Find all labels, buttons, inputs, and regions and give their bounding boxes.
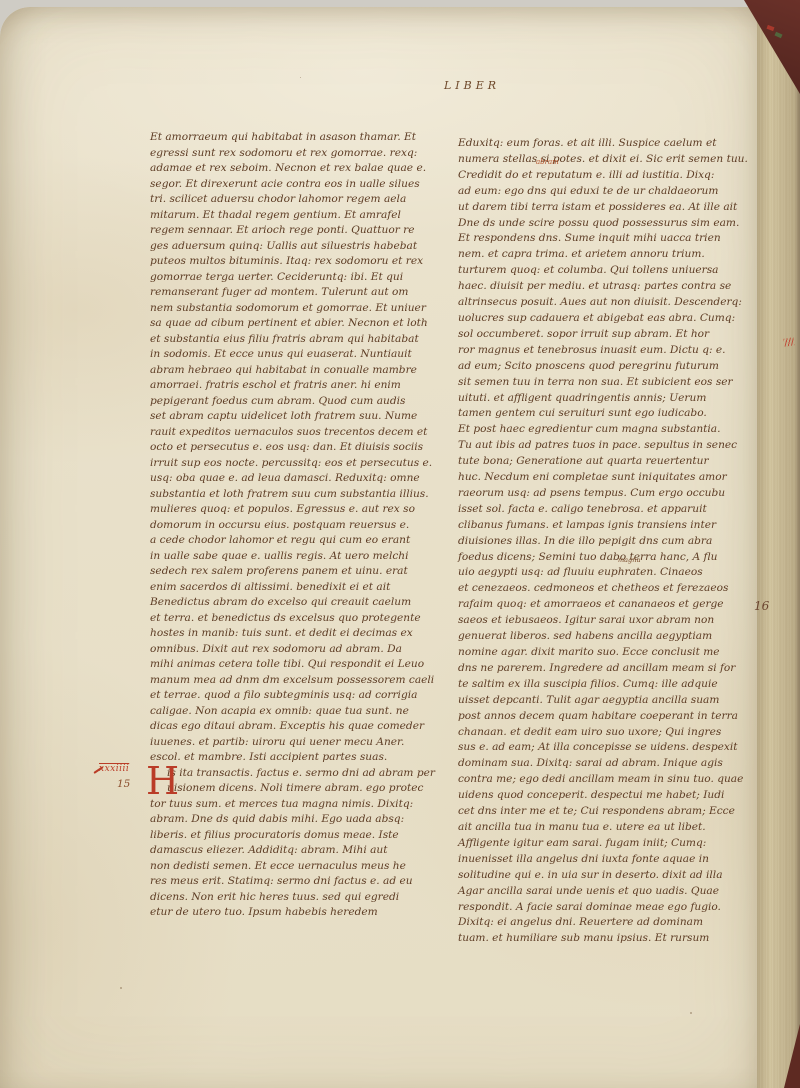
text-line: dominam sua. Dixitq: sarai ad abram. Ini… [458, 756, 774, 772]
parchment-speckle [120, 987, 122, 989]
text-line: uio aegypti usq: ad fluuiu euphraten. Ci… [458, 565, 774, 581]
text-line: nomine agar. dixit marito suo. Ecce conc… [458, 645, 774, 661]
text-line: amorraei. fratris eschol et fratris aner… [150, 378, 466, 394]
text-line: egressi sunt rex sodomoru et rex gomorra… [150, 146, 466, 162]
text-line: uisset depcanti. Tulit agar aegyptia anc… [458, 693, 774, 709]
text-line: tute bona; Generatione aut quarta reuert… [458, 454, 774, 470]
text-line: adamae et rex seboim. Necnon et rex bala… [150, 161, 466, 177]
text-line: Credidit do et reputatum e. illi ad iust… [458, 168, 774, 184]
text-line: post annos decem quam habitare coeperant… [458, 709, 774, 725]
text-line: ait ancilla tua in manu tua e. utere ea … [458, 820, 774, 836]
text-line: Et post haec egredientur cum magna subst… [458, 422, 774, 438]
text-line: et terra. et benedictus ds excelsus quo … [150, 611, 466, 627]
text-line: abram. Dne ds quid dabis mihi. Ego uada … [150, 812, 466, 828]
text-line: ror magnus et tenebrosus inuasit eum. Di… [458, 343, 774, 359]
text-line: sus e. ad eam; At illa concepisse se uid… [458, 740, 774, 756]
text-line: dicas ego ditaui abram. Exceptis his qua… [150, 719, 466, 735]
text-line: non dedisti semen. Et ecce uernaculus me… [150, 859, 466, 875]
text-line: ut darem tibi terra istam et possideres … [458, 200, 774, 216]
text-line: pepigerant foedus cum abram. Quod cum au… [150, 394, 466, 410]
text-line: tor tuus sum. et merces tua magna nimis.… [150, 797, 466, 813]
text-line: et cenezaeos. cedmoneos et chetheos et f… [458, 581, 774, 597]
text-line: foedus dicens; Semini tuo dabo terra han… [458, 550, 774, 566]
text-line: escol. et mambre. Isti accipient partes … [150, 750, 466, 766]
text-line: Eduxitq: eum foras. et ait illi. Suspice… [458, 136, 774, 152]
text-line: dns ne parerem. Ingredere ad ancillam me… [458, 661, 774, 677]
text-line: nem. et capra trima. et arietem annoru t… [458, 247, 774, 263]
chapter-marginal-numeral: xxxiiii [99, 764, 129, 774]
text-line: damascus eliezer. Addiditq: abram. Mihi … [150, 843, 466, 859]
text-line: ges aduersum quinq: Uallis aut siluestri… [150, 239, 466, 255]
text-column-left: Et amorraeum qui habitabat in asason tha… [150, 130, 466, 921]
text-line: chanaan. et dedit eam uiro suo uxore; Qu… [458, 725, 774, 741]
text-line: sit semen tuu in terra non sua. Et subic… [458, 375, 774, 391]
text-line: uolucres sup cadauera et abigebat eas ab… [458, 311, 774, 327]
rubricated-initial-h: H [146, 763, 179, 799]
text-line: Affligente igitur eam sarai. fugam iniit… [458, 836, 774, 852]
text-line: liberis. et filius procuratoris domus me… [150, 828, 466, 844]
text-line: genuerat liberos. sed habens ancilla aeg… [458, 629, 774, 645]
text-column-right: Eduxitq: eum foras. et ait illi. Suspice… [458, 136, 774, 947]
manuscript-photo: LIBER Et amorraeum qui habitabat in asas… [0, 0, 800, 1088]
text-line: domorum in occursu eius. postquam reuers… [150, 518, 466, 534]
text-line: huc. Necdum eni completae sunt iniquitat… [458, 470, 774, 486]
interlinear-gloss-abram: abram [536, 158, 559, 166]
text-line: contra me; ego dedi ancillam meam in sin… [458, 772, 774, 788]
text-line: tamen gentem cui seruituri sunt ego iudi… [458, 406, 774, 422]
text-line: irruit sup eos nocte. percussitq: eos et… [150, 456, 466, 472]
parchment-speckle [690, 1012, 692, 1014]
text-line: set abram captu uidelicet loth fratrem s… [150, 409, 466, 425]
text-line: remanserant fuger ad montem. Tulerunt au… [150, 285, 466, 301]
text-line: sa quae ad cibum pertinent et abier. Nec… [150, 316, 466, 332]
text-line: in sodomis. Et ecce unus qui euaserat. N… [150, 347, 466, 363]
running-title: LIBER [444, 79, 500, 92]
text-line: cet dns inter me et te; Cui respondens a… [458, 804, 774, 820]
text-line: inuenisset illa angelus dni iuxta fonte … [458, 852, 774, 868]
fore-edge-rubric-mark [783, 337, 794, 347]
text-line: puteos multos bituminis. Itaq: rex sodom… [150, 254, 466, 270]
text-line: saeos et iebusaeos. Igitur sarai uxor ab… [458, 613, 774, 629]
text-line: etur de utero tuo. Ipsum habebis heredem [150, 905, 466, 921]
text-line: altrinsecus posuit. Aues aut non diuisit… [458, 295, 774, 311]
manuscript-page: LIBER Et amorraeum qui habitabat in asas… [0, 7, 757, 1088]
text-line: mulieres quoq: et populos. Egressus e. a… [150, 502, 466, 518]
text-line: octo et persecutus e. eos usq: dan. Et d… [150, 440, 466, 456]
text-line: Et amorraeum qui habitabat in asason tha… [150, 130, 466, 146]
text-line: isset sol. facta e. caligo tenebrosa. et… [458, 502, 774, 518]
text-line: res meus erit. Statimq: sermo dni factus… [150, 874, 466, 890]
text-line: clibanus fumans. et lampas ignis transie… [458, 518, 774, 534]
text-line: et substantia eius filiu fratris abram q… [150, 332, 466, 348]
text-line: regem sennaar. Et arioch rege ponti. Qua… [150, 223, 466, 239]
text-line: sedech rex salem proferens panem et uinu… [150, 564, 466, 580]
text-line: a cede chodor lahomor et regu qui cum eo… [150, 533, 466, 549]
text-line: substantia et loth fratrem suu cum subst… [150, 487, 466, 503]
text-line: numera stellas si potes. et dixit ei. Si… [458, 152, 774, 168]
interlinear-gloss-magnum: magnu [618, 556, 641, 564]
text-line: tuam. et humiliare sub manu ipsius. Et r… [458, 931, 774, 947]
text-line: Dne ds unde scire possu quod possessurus… [458, 216, 774, 232]
text-line: uisionem dicens. Noli timere abram. ego … [150, 781, 466, 797]
text-line: is ita transactis. factus e. sermo dni a… [150, 766, 466, 782]
text-line: turturem quoq: et columba. Qui tollens u… [458, 263, 774, 279]
text-line: ad eum: ego dns qui eduxi te de ur chald… [458, 184, 774, 200]
text-line: rauit expeditos uernaculos suos trecento… [150, 425, 466, 441]
text-line: Benedictus abram do excelso qui creauit … [150, 595, 466, 611]
text-line: uituti. et affligent quadringentis annis… [458, 391, 774, 407]
text-line: uidens quod conceperit. despectui me hab… [458, 788, 774, 804]
text-line: manum mea ad dnm dm excelsum possessorem… [150, 673, 466, 689]
text-line: Tu aut ibis ad patres tuos in pace. sepu… [458, 438, 774, 454]
parchment-speckle [300, 77, 301, 78]
text-line: raeorum usq: ad psens tempus. Cum ergo o… [458, 486, 774, 502]
text-line: dicens. Non erit hic heres tuus. sed qui… [150, 890, 466, 906]
text-line: Dixitq: ei angelus dni. Reuertere ad dom… [458, 915, 774, 931]
text-line: et terrae. quod a filo subtegminis usq: … [150, 688, 466, 704]
text-line: segor. Et direxerunt acie contra eos in … [150, 177, 466, 193]
text-line: omnibus. Dixit aut rex sodomoru ad abram… [150, 642, 466, 658]
margin-chapter-number-16: 16 [754, 599, 769, 613]
text-line: diuisiones illas. In die illo pepigit dn… [458, 534, 774, 550]
text-line: solitudine qui e. in uia sur in deserto.… [458, 868, 774, 884]
text-line: rafaim quoq: et amorraeos et cananaeos e… [458, 597, 774, 613]
text-line: usq: oba quae e. ad leua damasci. Reduxi… [150, 471, 466, 487]
text-line: Agar ancilla sarai unde uenis et quo uad… [458, 884, 774, 900]
text-line: mitarum. Et thadal regem gentium. Et amr… [150, 208, 466, 224]
text-line: in ualle sabe quae e. uallis regis. At u… [150, 549, 466, 565]
text-line: iuuenes. et partib: uiroru qui uener mec… [150, 735, 466, 751]
text-line: haec. diuisit per mediu. et utrasq: part… [458, 279, 774, 295]
text-line: nem substantia sodomorum et gomorrae. Et… [150, 301, 466, 317]
text-line: respondit. A facie sarai dominae meae eg… [458, 900, 774, 916]
text-line: gomorrae terga uerter. Cecideruntq: ibi.… [150, 270, 466, 286]
text-line: Et respondens dns. Sume inquit mihi uacc… [458, 231, 774, 247]
text-line: abram hebraeo qui habitabat in conualle … [150, 363, 466, 379]
text-line: enim sacerdos di altissimi. benedixit ei… [150, 580, 466, 596]
text-line: hostes in manib: tuis sunt. et dedit ei … [150, 626, 466, 642]
text-line: tri. scilicet aduersu chodor lahomor reg… [150, 192, 466, 208]
text-line: te saltim ex illa suscipia filios. Cumq:… [458, 677, 774, 693]
text-line: caligae. Non acapia ex omnib: quae tua s… [150, 704, 466, 720]
text-line: sol occumberet. sopor irruit sup abram. … [458, 327, 774, 343]
chapter-marginal-number: 15 [117, 778, 130, 790]
text-line: mihi animas cetera tolle tibi. Qui respo… [150, 657, 466, 673]
text-line: ad eum; Scito pnoscens quod peregrinu fu… [458, 359, 774, 375]
